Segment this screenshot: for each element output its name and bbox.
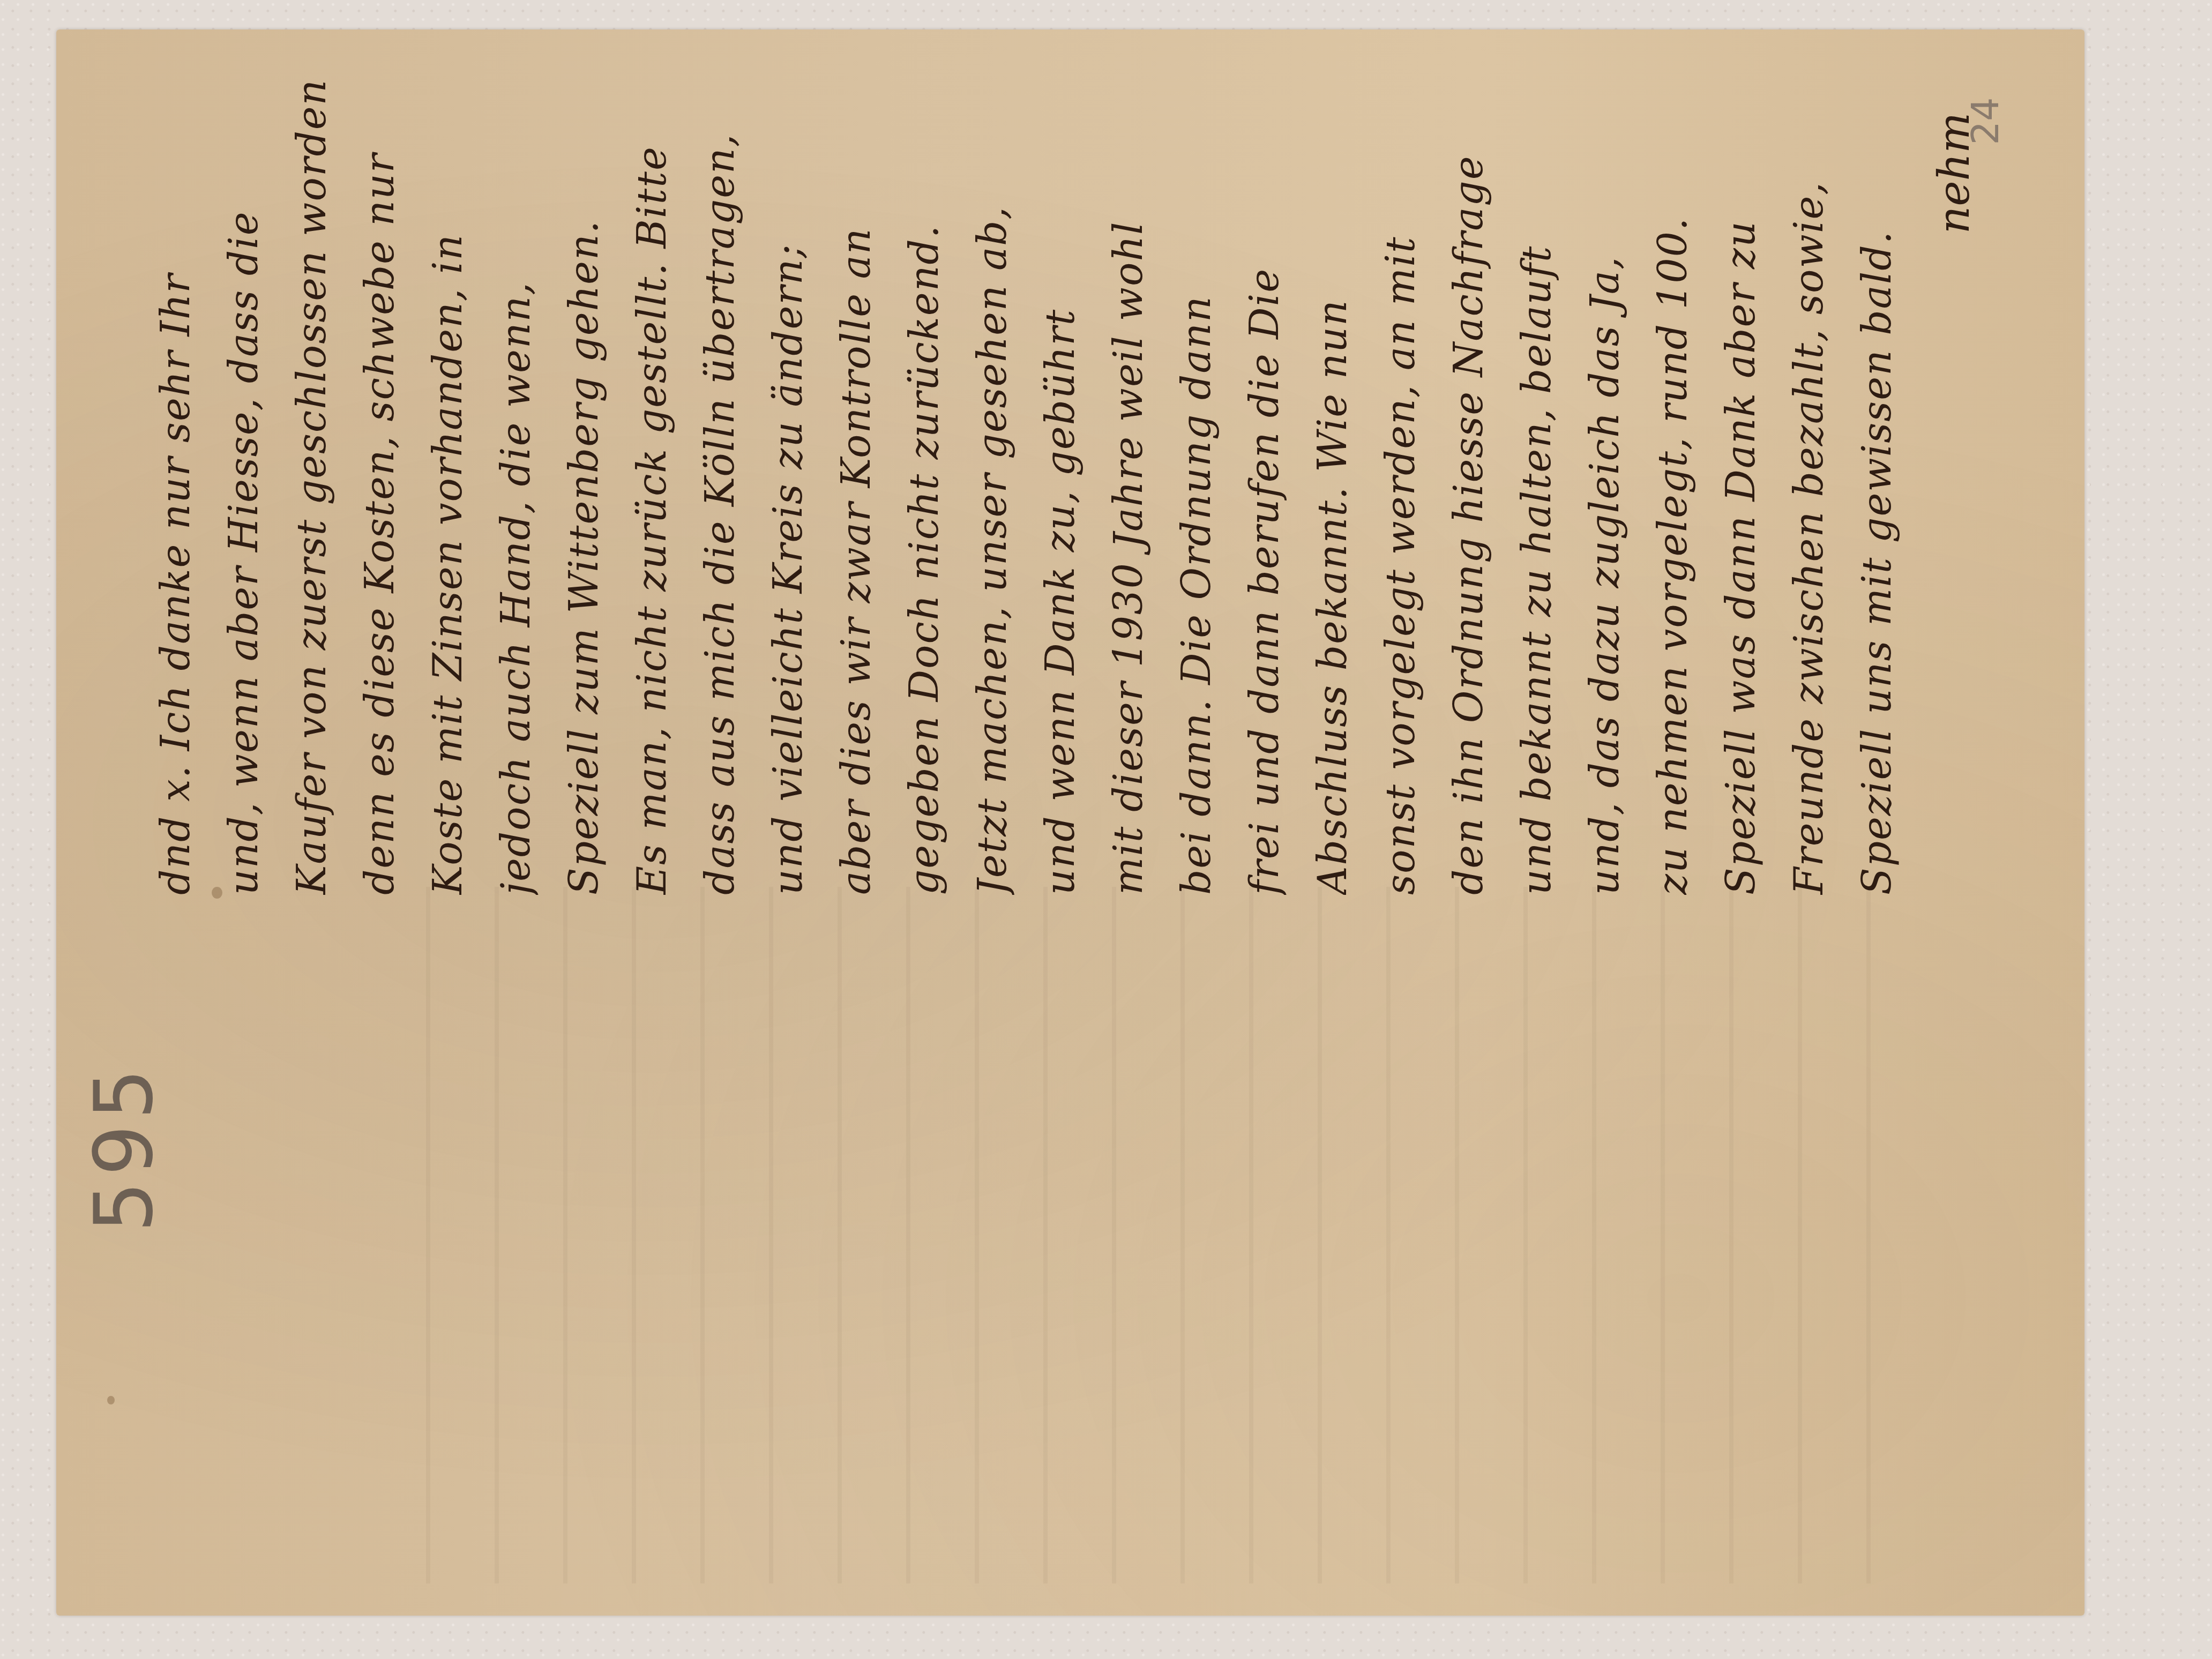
text-line: Speziell was dann Dank aber zu [1718, 80, 1764, 895]
text-line: Speziell uns mit gewissen bald. [1854, 80, 1900, 895]
text-line: und wenn Dank zu, gebührt [1037, 80, 1083, 895]
text-line: sonst vorgelegt werden, an mit [1378, 80, 1424, 895]
text-line: aber dies wir zwar Kontrolle an [833, 80, 879, 895]
text-line: frei und dann berufen die Die [1242, 80, 1288, 895]
archive-number: 595 [78, 1063, 171, 1232]
text-line: und bekannt zu halten, belauft [1514, 80, 1560, 895]
letter-text: dnd x. Ich danke nur sehr Ihr und, wenn … [153, 80, 1921, 895]
text-line: Jetzt machen, unser gesehen ab, [969, 80, 1015, 895]
text-line: gegeben Doch nicht zurückend. [901, 80, 947, 895]
text-line: Speziell zum Wittenberg gehen. [561, 80, 607, 895]
text-line: dass aus mich die Kölln übertragen, [697, 80, 743, 895]
ink-stain [107, 1396, 115, 1404]
text-line: und vielleicht Kreis zu ändern; [765, 80, 811, 895]
text-line: mit dieser 1930 Jahre weil wohl [1105, 80, 1152, 895]
text-line: jedoch auch Hand, die wenn, [493, 80, 539, 895]
text-line: denn es diese Kosten, schwebe nur [357, 80, 403, 895]
text-line: Abschluss bekannt. Wie nun [1310, 80, 1356, 895]
text-line: Freunde zwischen bezahlt, sowie, [1786, 80, 1832, 895]
text-line: Es man, nicht zurück gestellt. Bitte [629, 80, 675, 895]
text-line: Kaufer von zuerst geschlossen worden, [289, 80, 335, 895]
text-line: zu nehmen vorgelegt, rund 100. [1650, 80, 1696, 895]
text-line: und, wenn aber Hiesse, dass die [221, 80, 267, 895]
text-line: dnd x. Ich danke nur sehr Ihr [153, 80, 199, 895]
show-through-text [378, 887, 1878, 1583]
text-line: den ihn Ordnung hiesse Nachfrage [1446, 80, 1492, 895]
text-line: Koste mit Zinsen vorhanden, in [425, 80, 471, 895]
text-line: bei dann. Die Ordnung dann [1174, 80, 1220, 895]
text-line: und, das dazu zugleich das Ja, [1582, 80, 1628, 895]
signature: nehm [1929, 113, 1979, 234]
